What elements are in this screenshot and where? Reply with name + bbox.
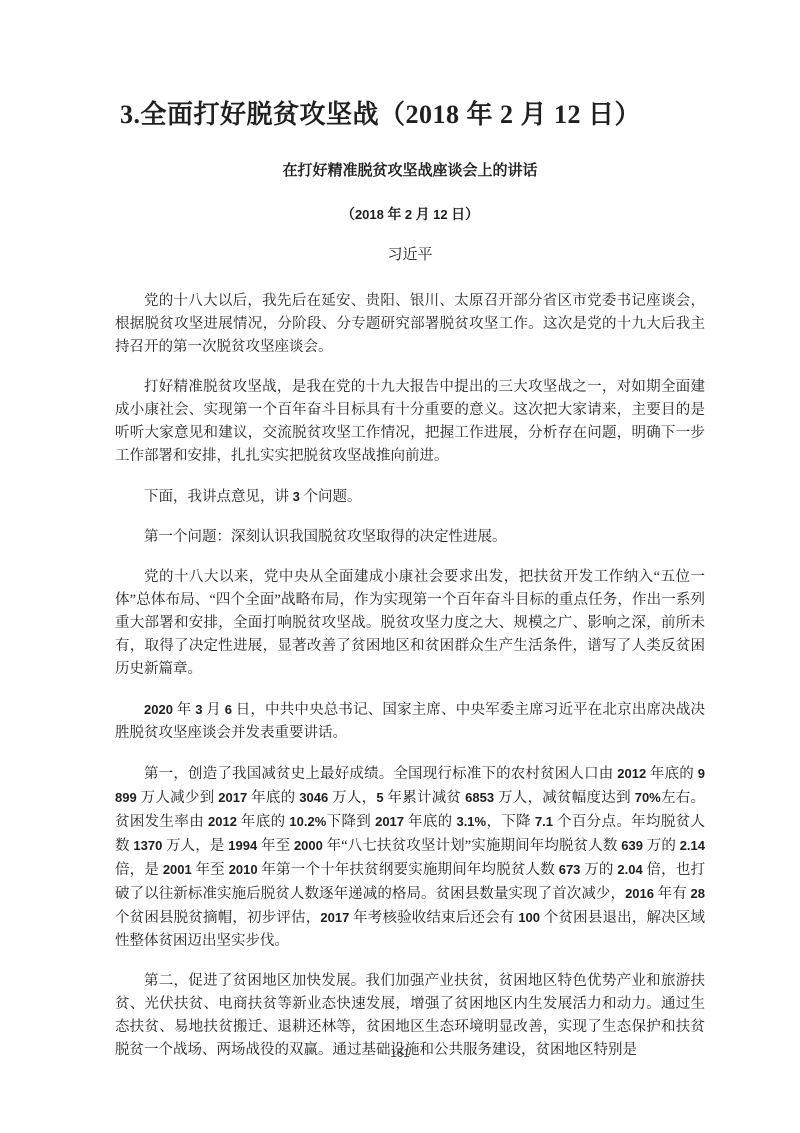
body-paragraph-7: 第一，创造了我国减贫史上最好成绩。全国现行标准下的农村贫困人口由 2012 年底… <box>115 762 705 953</box>
body-paragraph-5: 党的十八大以来，党中央从全面建成小康社会要求出发，把扶贫开发工作纳入“五位一体”… <box>115 566 705 681</box>
document-date-line: （2018 年 2 月 12 日） <box>115 206 705 224</box>
document-page: 3.全面打好脱贫攻坚战（2018 年 2 月 12 日） 在打好精准脱贫攻坚战座… <box>0 0 800 1133</box>
body-paragraph-6: 2020 年 3 月 6 日，中共中央总书记、国家主席、中央军委主席习近平在北京… <box>115 698 705 745</box>
document-subtitle: 在打好精准脱贫攻坚战座谈会上的讲话 <box>115 162 705 180</box>
body-paragraph-1: 党的十八大以后，我先后在延安、贵阳、银川、太原召开部分省区市党委书记座谈会，根据… <box>115 290 705 359</box>
body-paragraph-3: 下面，我讲点意见，讲 3 个问题。 <box>115 485 705 509</box>
document-title: 3.全面打好脱贫攻坚战（2018 年 2 月 12 日） <box>120 97 705 133</box>
body-paragraph-4: 第一个问题：深刻认识我国脱贫攻坚取得的决定性进展。 <box>115 526 705 549</box>
document-author: 习近平 <box>115 246 705 264</box>
body-paragraph-2: 打好精准脱贫攻坚战，是我在党的十九大报告中提出的三大攻坚战之一，对如期全面建成小… <box>115 376 705 468</box>
page-number: 161 <box>0 1048 800 1060</box>
document-body: 党的十八大以后，我先后在延安、贵阳、银川、太原召开部分省区市党委书记座谈会，根据… <box>115 290 705 1062</box>
